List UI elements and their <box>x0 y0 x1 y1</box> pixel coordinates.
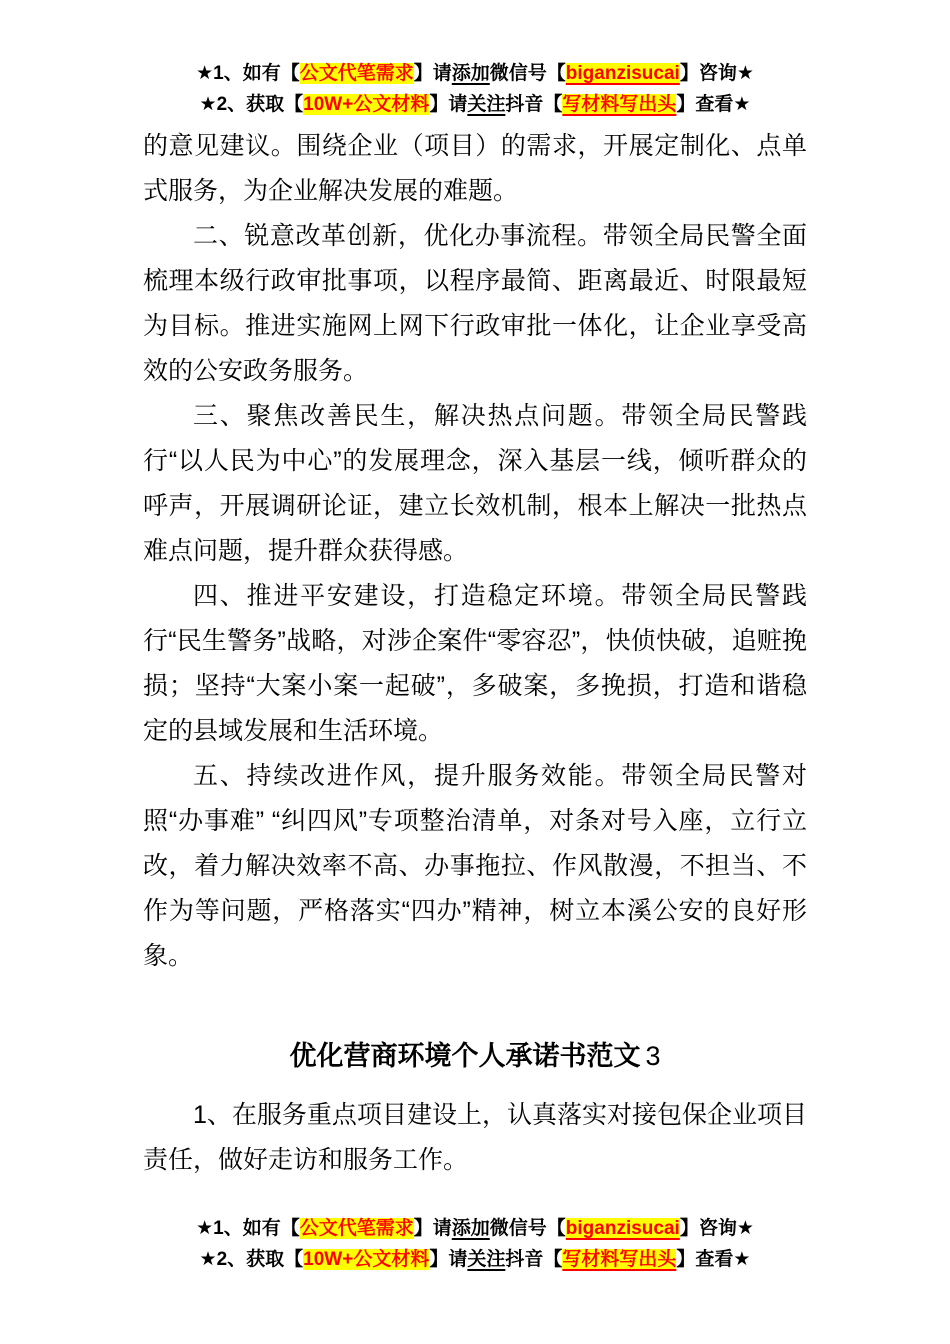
promo-banner-line-1: ★1、如有【公文代笔需求】请添加微信号【biganzisucai】咨询★ <box>143 1213 807 1244</box>
banner-text-post: 】咨询★ <box>680 1218 754 1239</box>
promo-banner-line-1: ★1、如有【公文代笔需求】请添加微信号【biganzisucai】咨询★ <box>143 58 807 89</box>
banner-highlight-materials: 10W+公文材料 <box>303 94 429 115</box>
banner-highlight-need: 公文代笔需求 <box>300 1218 414 1239</box>
banner-highlight-douyin-id: 写材料写出头 <box>562 1249 676 1270</box>
banner-underline-add: 添加 <box>452 63 490 84</box>
document-page: ★1、如有【公文代笔需求】请添加微信号【biganzisucai】咨询★ ★2、… <box>0 0 950 1344</box>
banner-text-post: 】查看★ <box>676 94 750 115</box>
banner-text-mid2: 微信号【 <box>490 1218 566 1239</box>
banner-highlight-wechat-id: biganzisucai <box>566 63 680 84</box>
paragraph-item-5: 五、持续改进作风，提升服务效能。带领全局民警对照“办事难” “纠四风”专项整治清… <box>143 754 807 979</box>
paragraph-item-2: 二、锐意改革创新，优化办事流程。带领全局民警全面梳理本级行政审批事项，以程序最简… <box>143 214 807 394</box>
paragraph-continuation: 的意见建议。围绕企业（项目）的需求，开展定制化、点单式服务，为企业解决发展的难题… <box>143 124 807 214</box>
banner-text-mid1: 】请 <box>429 94 467 115</box>
promo-banner-line-2: ★2、获取【10W+公文材料】请关注抖音【写材料写出头】查看★ <box>143 89 807 120</box>
banner-text-mid1: 】请 <box>414 63 452 84</box>
section-heading-number: 3 <box>645 1041 660 1071</box>
banner-text-mid2: 微信号【 <box>490 63 566 84</box>
promo-banner-top: ★1、如有【公文代笔需求】请添加微信号【biganzisucai】咨询★ ★2、… <box>143 58 807 120</box>
banner-text-pre: ★2、获取【 <box>200 1249 304 1270</box>
banner-text-post: 】查看★ <box>676 1249 750 1270</box>
promo-banner-bottom: ★1、如有【公文代笔需求】请添加微信号【biganzisucai】咨询★ ★2、… <box>143 1213 807 1275</box>
paragraph-closing-item-1: 1、在服务重点项目建设上，认真落实对接包保企业项目责任，做好走访和服务工作。 <box>143 1093 807 1183</box>
banner-underline-follow: 关注 <box>467 94 505 115</box>
banner-highlight-douyin-id: 写材料写出头 <box>562 94 676 115</box>
document-body: 的意见建议。围绕企业（项目）的需求，开展定制化、点单式服务，为企业解决发展的难题… <box>143 124 807 1183</box>
banner-underline-follow: 关注 <box>467 1249 505 1270</box>
banner-text-pre: ★1、如有【 <box>196 1218 300 1239</box>
paragraph-item-4: 四、推进平安建设，打造稳定环境。带领全局民警践行“民生警务”战略，对涉企案件“零… <box>143 574 807 754</box>
promo-banner-line-2: ★2、获取【10W+公文材料】请关注抖音【写材料写出头】查看★ <box>143 1244 807 1275</box>
banner-underline-add: 添加 <box>452 1218 490 1239</box>
banner-text-pre: ★1、如有【 <box>196 63 300 84</box>
banner-text-post: 】咨询★ <box>680 63 754 84</box>
banner-text-mid2: 抖音【 <box>505 1249 562 1270</box>
banner-text-pre: ★2、获取【 <box>200 94 304 115</box>
banner-text-mid1: 】请 <box>429 1249 467 1270</box>
banner-text-mid1: 】请 <box>414 1218 452 1239</box>
section-heading: 优化营商环境个人承诺书范文3 <box>143 1034 807 1079</box>
paragraph-item-3: 三、聚焦改善民生，解决热点问题。带领全局民警践行“以人民为中心”的发展理念，深入… <box>143 394 807 574</box>
banner-text-mid2: 抖音【 <box>505 94 562 115</box>
banner-highlight-wechat-id: biganzisucai <box>566 1218 680 1239</box>
banner-highlight-materials: 10W+公文材料 <box>303 1249 429 1270</box>
banner-highlight-need: 公文代笔需求 <box>300 63 414 84</box>
section-heading-title: 优化营商环境个人承诺书范文 <box>289 1041 640 1071</box>
